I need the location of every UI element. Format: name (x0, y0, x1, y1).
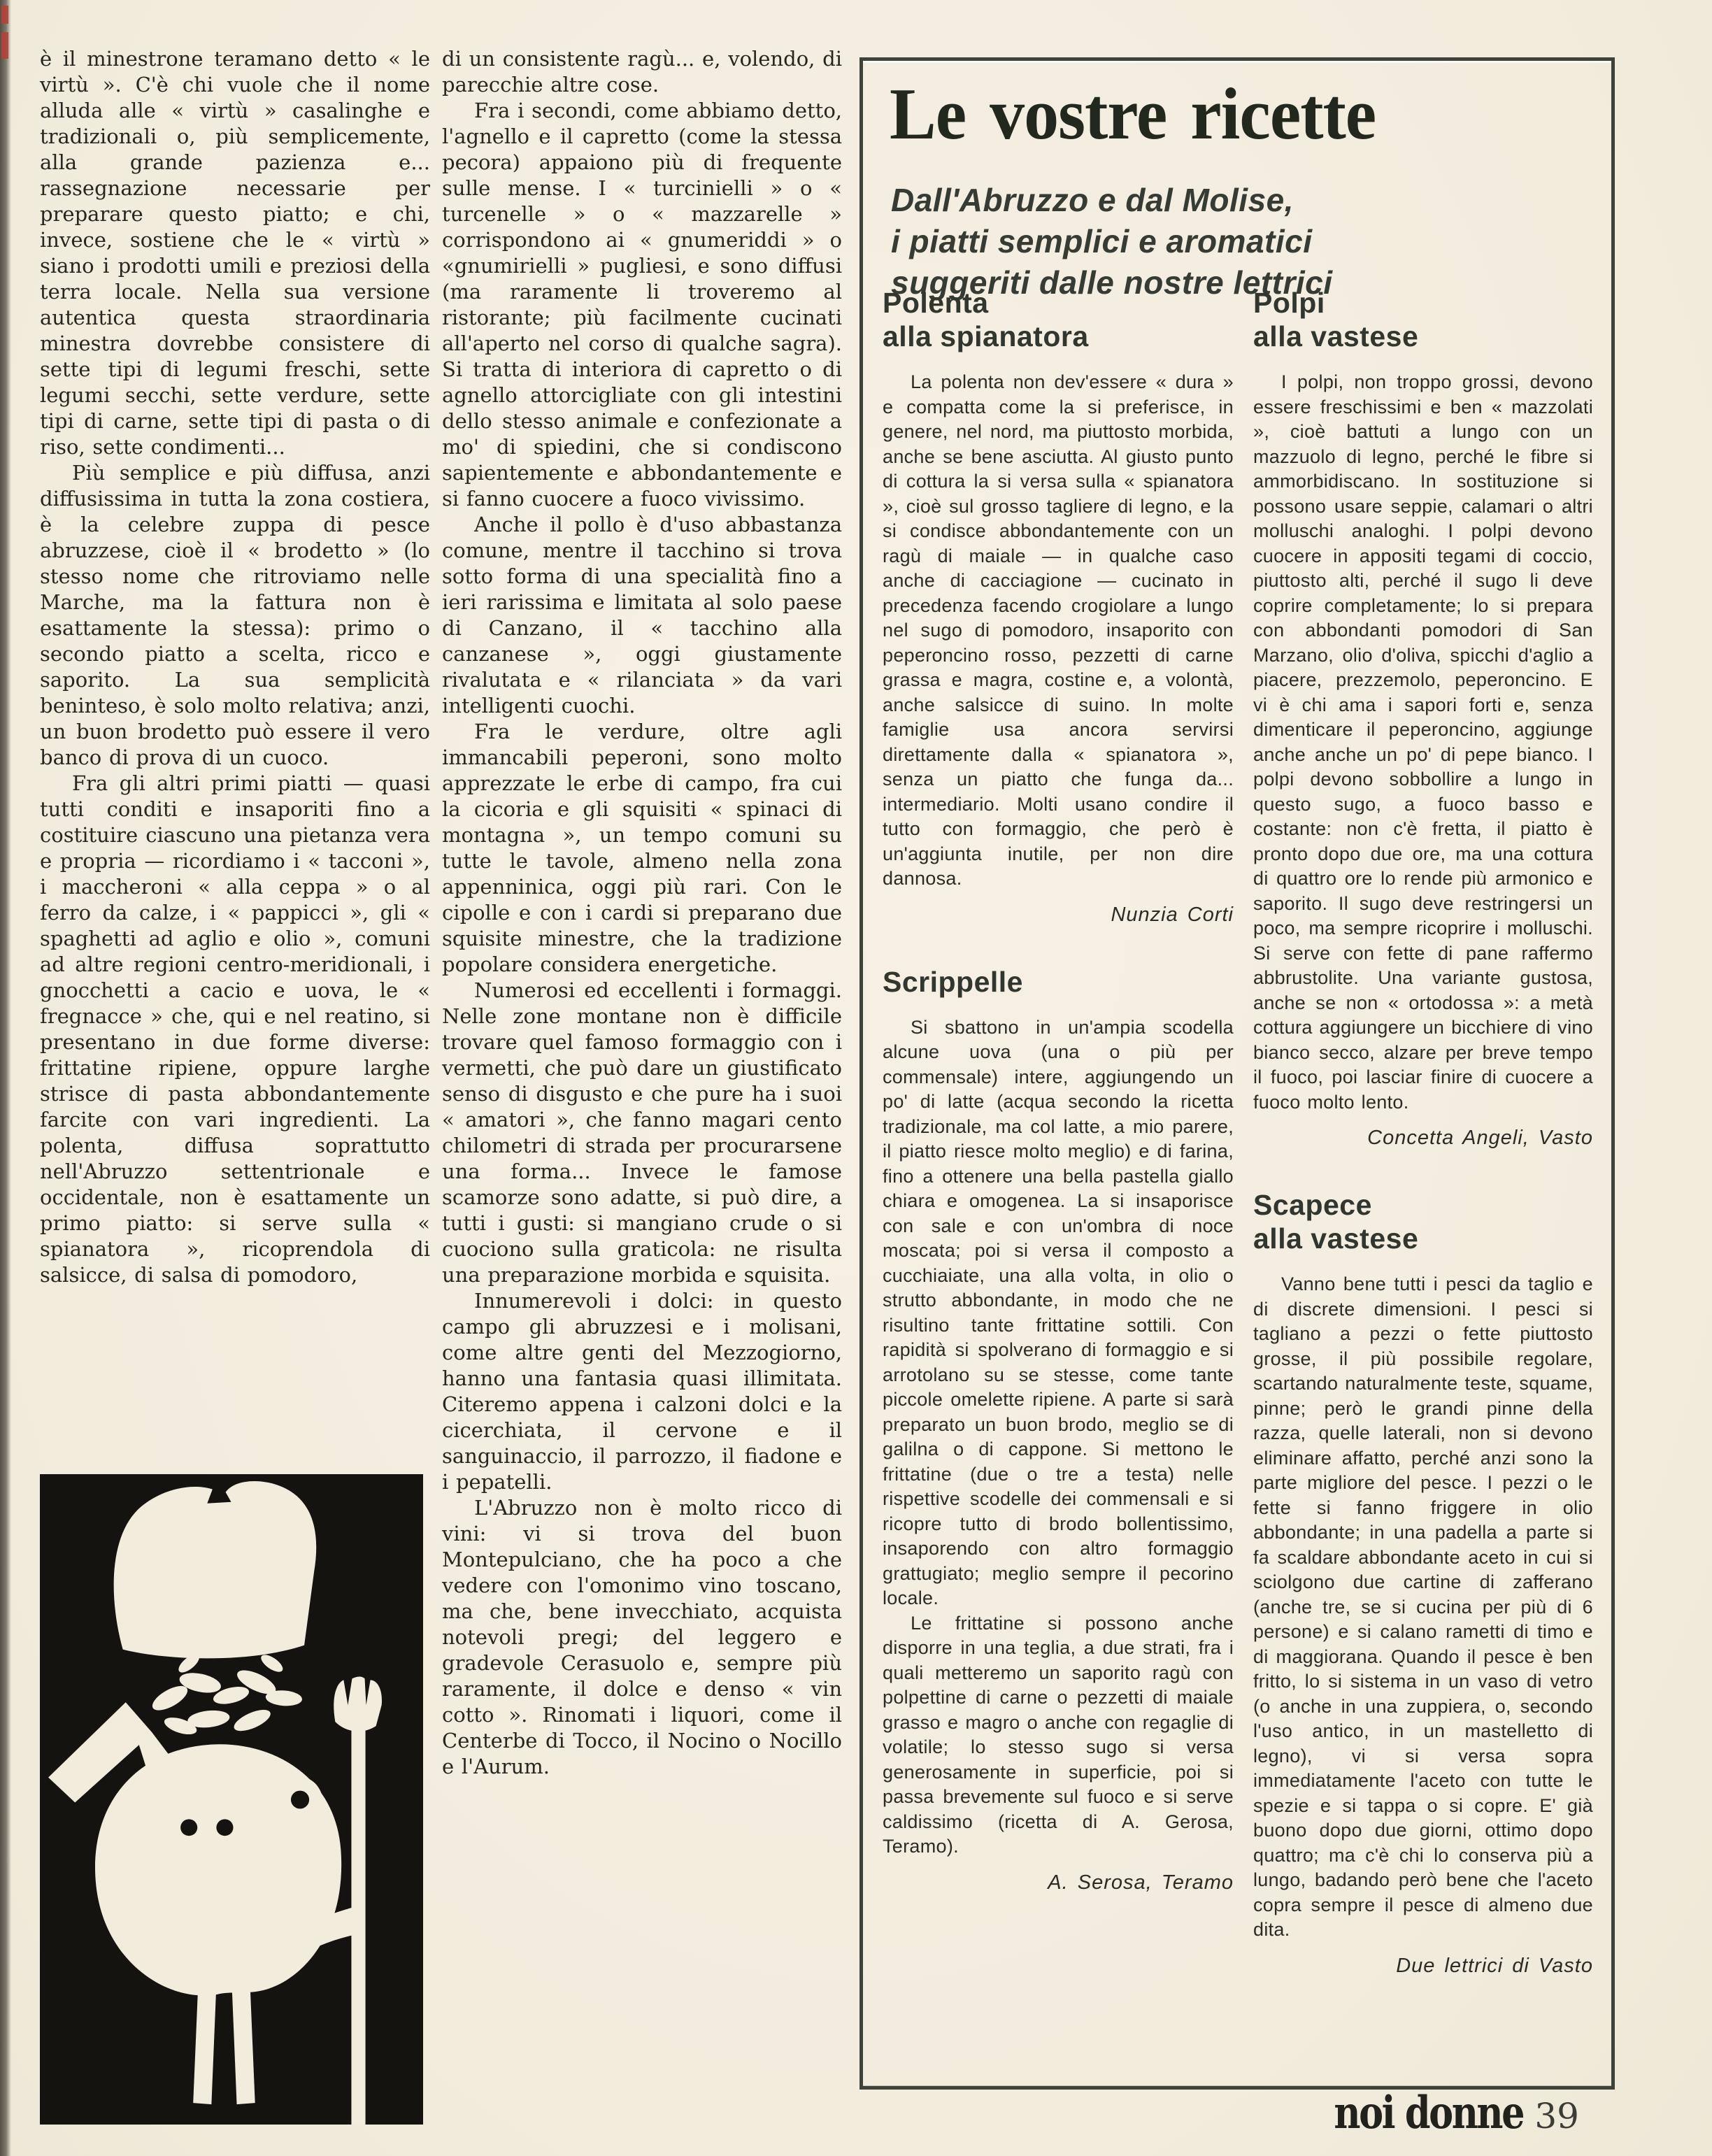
article-column-1: è il minestrone teramano detto « le virt… (40, 46, 430, 1288)
recipe-signature: Nunzia Corti (883, 903, 1234, 927)
recipes-column-right: Polpi alla vastese I polpi, non troppo g… (1253, 286, 1593, 1978)
recipe-polpi-alla-vastese: Polpi alla vastese I polpi, non troppo g… (1253, 286, 1593, 1150)
magazine-logo: noi donne (1334, 2091, 1524, 2136)
page-number: 39 (1534, 2099, 1579, 2134)
recipes-column-left: Polenta alla spianatora La polenta non d… (883, 286, 1234, 1894)
recipes-box-subtitle: Dall'Abruzzo e dal Molise, i piatti semp… (891, 180, 1333, 304)
article-paragraph: Anche il pollo è d'uso abbastanza comune… (442, 512, 842, 719)
page-footer: noi donne 39 (1292, 2091, 1579, 2136)
recipe-scrippelle: Scrippelle Si sbattono in un'ampia scode… (883, 965, 1234, 1894)
recipe-heading: Scapece alla vastese (1253, 1188, 1593, 1255)
recipe-paragraph: Si sbattono in un'ampia scodella alcune … (883, 1015, 1234, 1611)
recipe-scapece-alla-vastese: Scapece alla vastese Vanno bene tutti i … (1253, 1188, 1593, 1978)
scan-edge-shadow (0, 0, 11, 2156)
article-paragraph: Fra le verdure, oltre agli immancabili p… (442, 719, 842, 978)
article-paragraph: Numerosi ed eccellenti i formaggi. Nelle… (442, 978, 842, 1288)
magazine-page: è il minestrone teramano detto « le virt… (0, 0, 1712, 2156)
recipe-paragraph: Le frittatine si possono anche disporre … (883, 1611, 1234, 1859)
article-column-2: di un consistente ragù... e, volendo, di… (442, 46, 842, 1780)
chef-pot-illustration-svg (40, 1474, 423, 2125)
recipe-heading: Scrippelle (883, 965, 1234, 999)
chef-pot-illustration (40, 1474, 423, 2125)
recipe-polenta-alla-spianatora: Polenta alla spianatora La polenta non d… (883, 286, 1234, 927)
article-paragraph: Più semplice e più diffusa, anzi diffusi… (40, 460, 430, 771)
recipe-paragraph: Vanno bene tutti i pesci da taglio e di … (1253, 1272, 1593, 1943)
article-paragraph: L'Abruzzo non è molto ricco di vini: vi … (442, 1495, 842, 1780)
recipe-signature: Due lettrici di Vasto (1253, 1954, 1593, 1978)
article-paragraph: di un consistente ragù... e, volendo, di… (442, 46, 842, 98)
article-paragraph: Fra i secondi, come abbiamo detto, l'agn… (442, 98, 842, 512)
red-registration-mark (1, 32, 8, 59)
recipes-box: Le vostre ricette Dall'Abruzzo e dal Mol… (859, 57, 1615, 2090)
recipe-heading: Polenta alla spianatora (883, 286, 1234, 353)
recipe-paragraph: La polenta non dev'essere « dura » e com… (883, 370, 1234, 892)
article-paragraph: Innumerevoli i dolci: in questo campo gl… (442, 1288, 842, 1495)
recipe-signature: Concetta Angeli, Vasto (1253, 1126, 1593, 1150)
recipe-paragraph: I polpi, non troppo grossi, devono esser… (1253, 370, 1593, 1115)
recipes-box-title: Le vostre ricette (890, 76, 1376, 152)
red-registration-mark (1, 6, 8, 24)
recipe-signature: A. Serosa, Teramo (883, 1871, 1234, 1894)
article-paragraph: Fra gli altri primi piatti — quasi tutti… (40, 771, 430, 1288)
recipe-heading: Polpi alla vastese (1253, 286, 1593, 353)
article-paragraph: è il minestrone teramano detto « le virt… (40, 46, 430, 460)
